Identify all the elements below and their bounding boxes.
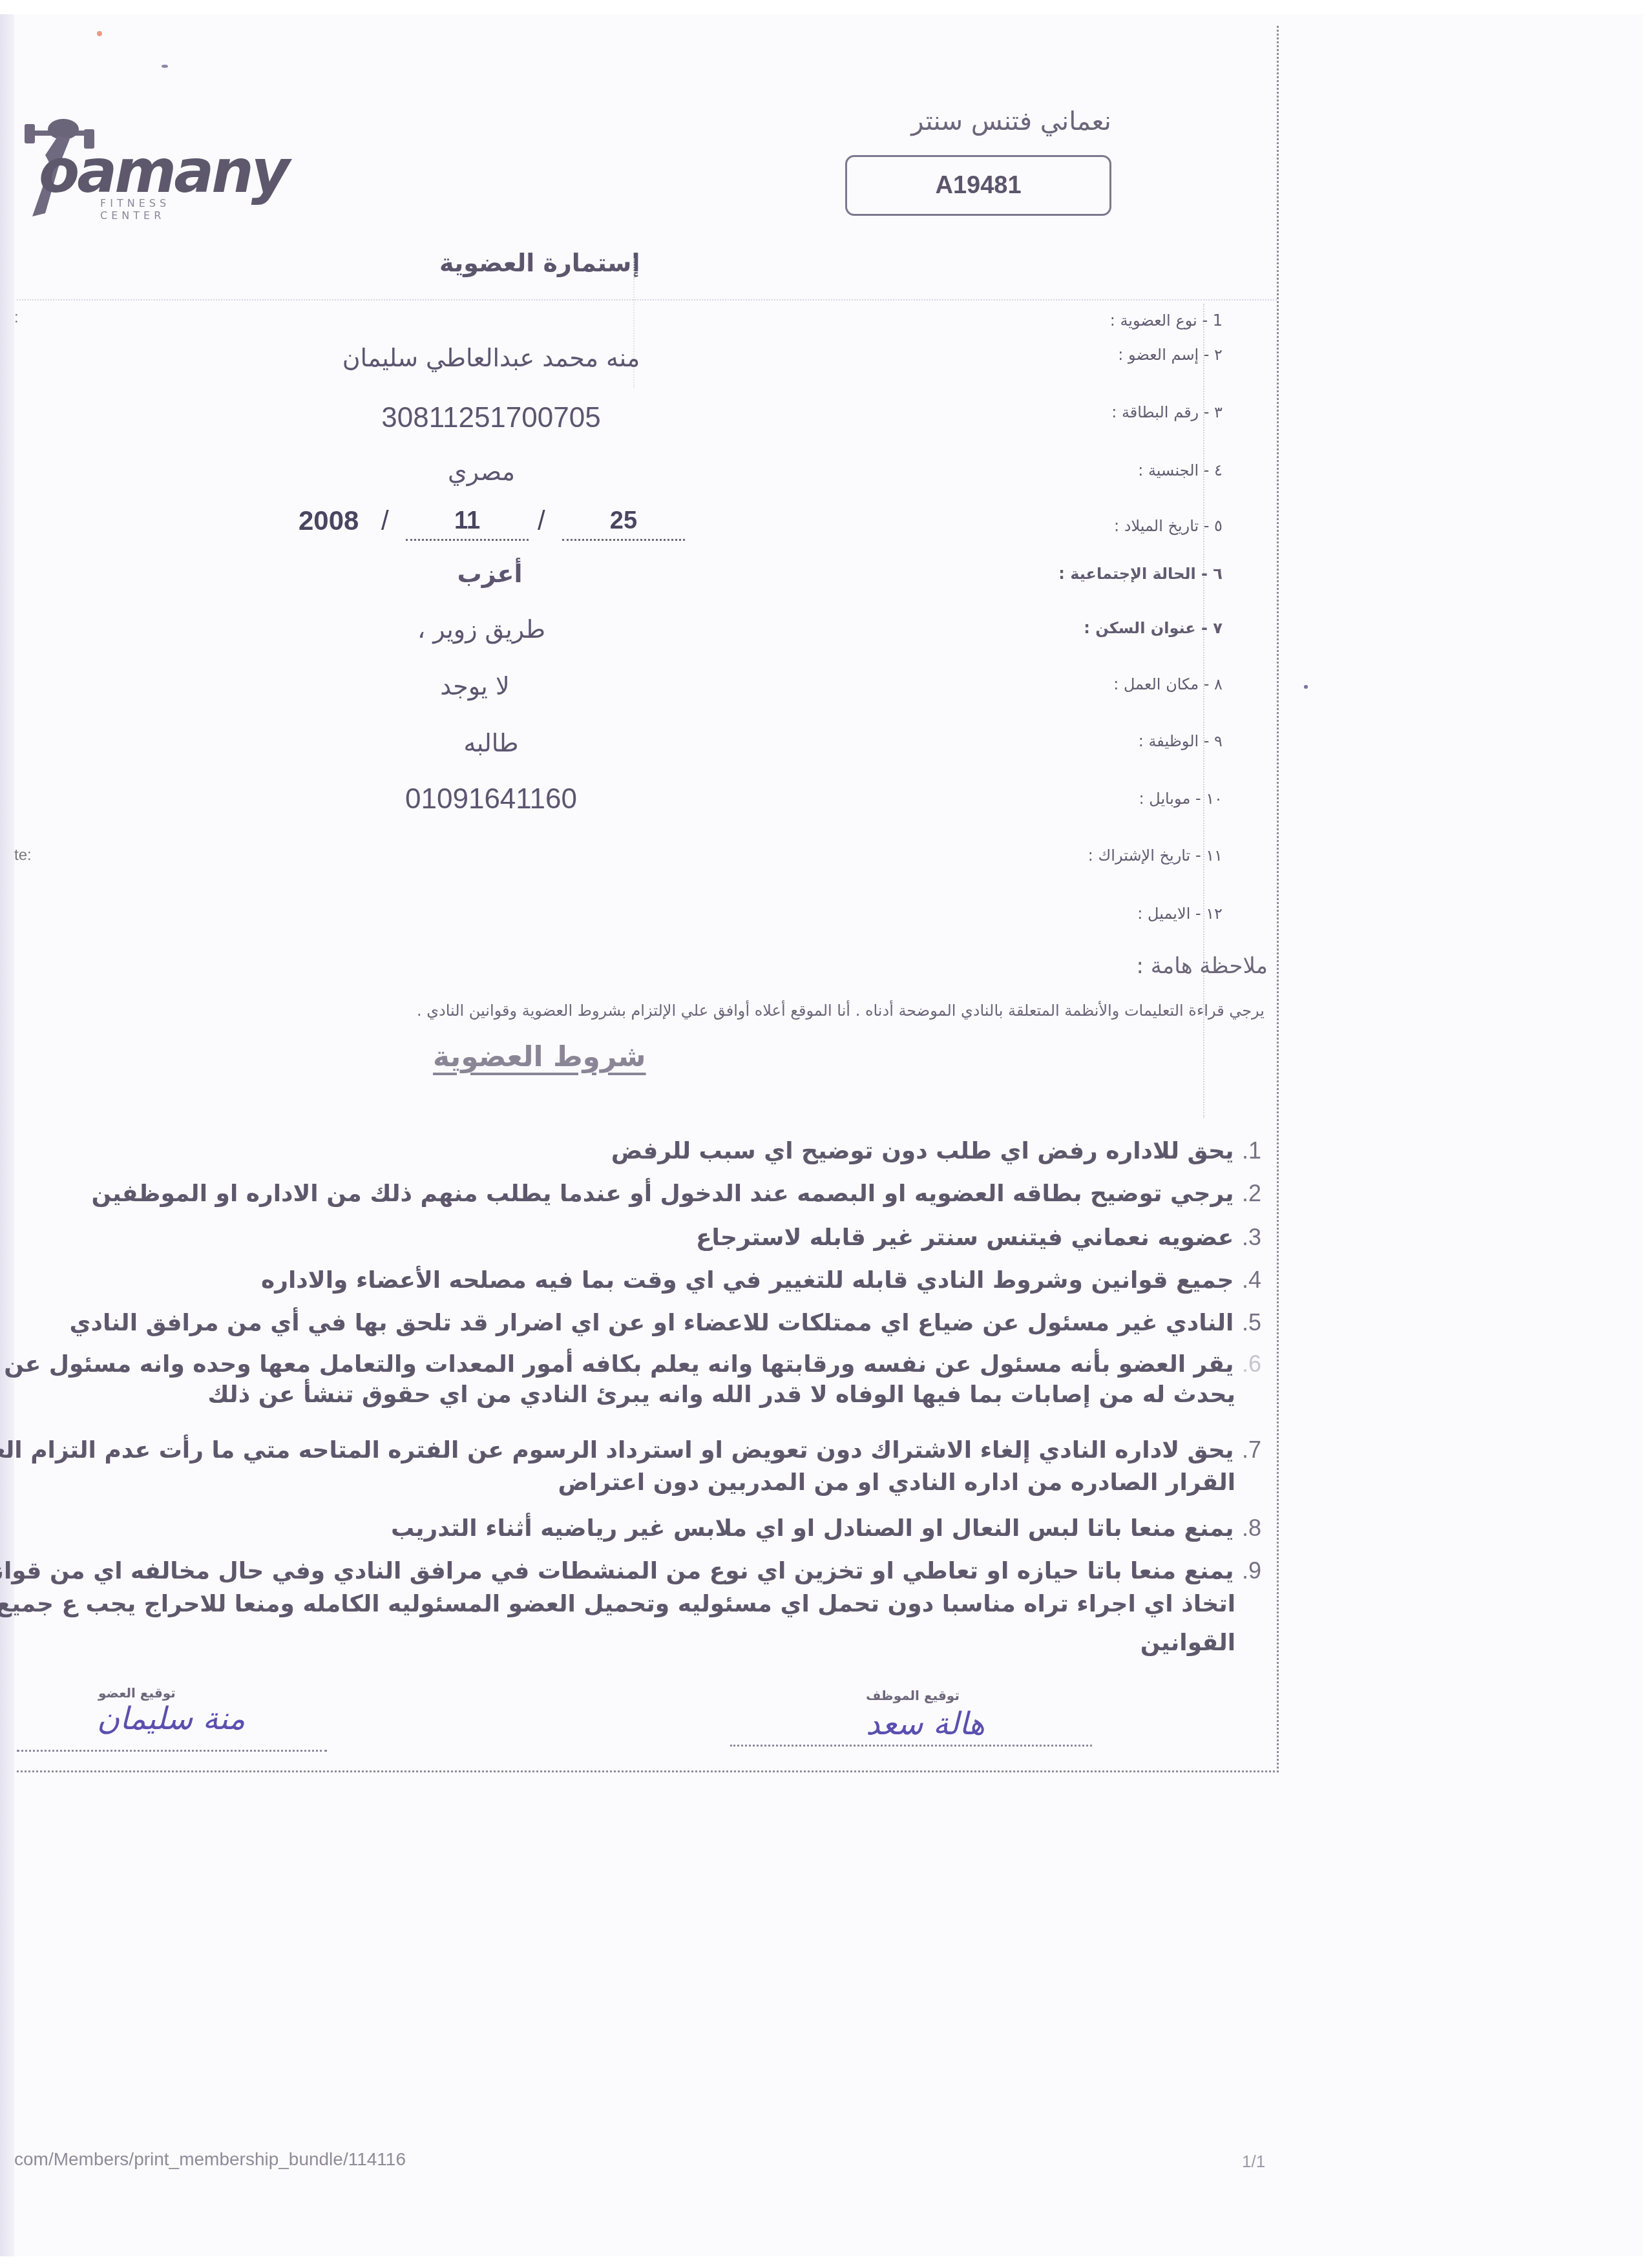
scan-speck: [162, 65, 168, 68]
member-code-box: A19481: [845, 155, 1111, 216]
form-title: إستمارة العضوية: [439, 249, 640, 277]
label-address: ٧ - عنوان السكن :: [1084, 619, 1223, 637]
term-text: يمنع منعا باتا لبس النعال او الصنادل او …: [391, 1515, 1234, 1542]
term-item: 6. يقر العضو بأنه مسئول عن نفسه ورقابتها…: [0, 1345, 1261, 1383]
term-item: 1. يحق للاداره رفض اي طلب دون توضيح اي س…: [611, 1132, 1261, 1170]
term-number: 9.: [1242, 1557, 1261, 1584]
term-item: 9. يمنع منعا باتا حيازه او تعاطي او تخزي…: [0, 1552, 1261, 1590]
member-signature: منة سليمان: [97, 1701, 245, 1737]
print-url: com/Members/print_membership_bundle/1141…: [14, 2149, 406, 2170]
value-id-number: 30811251700705: [381, 402, 600, 434]
value-workplace: لا يوجد: [440, 672, 509, 700]
scan-speck: [97, 31, 102, 36]
label-subscription-date: ١١ - تاريخ الإشتراك :: [1088, 846, 1223, 865]
term-number: 5.: [1242, 1309, 1261, 1336]
value-address: طريق زوير ،: [417, 615, 545, 644]
term-number: 8.: [1242, 1515, 1261, 1541]
term-text: يحق لاداره النادي إلغاء الاشتراك دون تعو…: [0, 1437, 1234, 1464]
value-member-name: منه محمد عبدالعاطي سليمان: [342, 344, 640, 372]
label-column-guide: [1203, 304, 1204, 1118]
label-email: ١٢ - الايميل :: [1137, 905, 1223, 923]
note-title: ملاحظة هامة :: [1137, 953, 1268, 979]
term-text: جميع قوانين وشروط النادي قابله للتغيير ف…: [261, 1267, 1234, 1294]
term-text: يمنع منعا باتا حيازه او تعاطي او تخزين ا…: [0, 1558, 1234, 1584]
club-logo: oamany FITNESS CENTER: [19, 110, 233, 220]
value-job: طالبه: [463, 729, 518, 757]
term-number: 3.: [1242, 1224, 1261, 1250]
term-continuation: يحدث له من إصابات بما فيها الوفاه لا قدر…: [208, 1381, 1235, 1408]
term-number: 4.: [1242, 1266, 1261, 1293]
label-job: ٩ - الوظيفة :: [1139, 732, 1223, 750]
label-nationality: ٤ - الجنسية :: [1138, 461, 1223, 479]
value-nationality: مصري: [448, 457, 515, 486]
date-separator: /: [538, 505, 545, 536]
label-workplace: ٨ - مكان العمل :: [1113, 675, 1223, 693]
term-text: يرجي توضيح بطاقه العضويه او البصمه عند ا…: [92, 1181, 1234, 1207]
term-continuation: اتخاذ اي اجراء تراه مناسبا دون تحمل اي م…: [0, 1591, 1235, 1617]
value-marital-status: أعزب: [457, 560, 523, 588]
cropped-label-fragment: te:: [14, 846, 32, 865]
fitness-center-name: نعماني فتنس سنتر: [911, 107, 1111, 136]
term-continuation: القرار الصادره من اداره النادي او من الم…: [558, 1469, 1235, 1496]
member-signature-line: [17, 1750, 327, 1752]
term-item: 2. يرجي توضيح بطاقه العضويه او البصمه عن…: [92, 1175, 1262, 1213]
logo-wordmark: oamany: [39, 142, 288, 202]
header-divider: [17, 299, 1277, 300]
term-continuation: القوانين: [1140, 1630, 1235, 1656]
term-text: يحق للاداره رفض اي طلب دون توضيح اي سبب …: [611, 1138, 1234, 1164]
employee-signature-label: توقيع الموظف: [866, 1688, 960, 1703]
term-text: يقر العضو بأنه مسئول عن نفسه ورقابتها وا…: [0, 1351, 1234, 1378]
label-member-name: ٢ - إسم العضو :: [1118, 346, 1223, 364]
term-item: 3. عضويه نعماني فيتنس سنتر غير قابله لاس…: [696, 1219, 1261, 1257]
date-separator: /: [381, 505, 389, 536]
label-mobile: ١٠ - موبايل :: [1139, 790, 1223, 808]
term-item: 4. جميع قوانين وشروط النادي قابله للتغيي…: [261, 1261, 1261, 1299]
logo-subtitle: FITNESS CENTER: [100, 197, 233, 222]
term-item: 7. يحق لاداره النادي إلغاء الاشتراك دون …: [0, 1431, 1261, 1469]
note-text: يرجي قراءة التعليمات والأنظمة المتعلقة ب…: [417, 1002, 1265, 1020]
label-membership-type: 1 - نوع العضوية :: [1110, 311, 1223, 330]
birth-year: 2008: [299, 505, 359, 536]
employee-signature-line: [730, 1745, 1092, 1747]
label-birth-date: ٥ - تاريخ الميلاد :: [1114, 517, 1223, 535]
term-number: 2.: [1242, 1180, 1261, 1206]
term-number: 7.: [1242, 1436, 1261, 1463]
label-id-number: ٣ - رقم البطاقة :: [1111, 403, 1223, 421]
term-number: 6.: [1242, 1350, 1261, 1377]
member-code: A19481: [935, 172, 1021, 200]
term-number: 1.: [1242, 1137, 1261, 1164]
terms-title: شروط العضوية: [433, 1040, 646, 1073]
label-marital-status: ٦ - الحالة الإجتماعية :: [1058, 565, 1223, 583]
page-indicator: 1/1: [1242, 2152, 1265, 2172]
value-mobile: 01091641160: [405, 783, 577, 815]
term-text: عضويه نعماني فيتنس سنتر غير قابله لاسترج…: [696, 1224, 1234, 1251]
term-item: 5. النادي غير مسئول عن ضياع اي ممتلكات ل…: [69, 1304, 1261, 1342]
employee-signature: هالة سعد: [866, 1706, 985, 1742]
member-signature-label: توقيع العضو: [98, 1685, 176, 1701]
term-text: النادي غير مسئول عن ضياع اي ممتلكات للاع…: [69, 1310, 1234, 1336]
cropped-label-fragment: :: [14, 309, 19, 327]
birth-month: 11: [406, 507, 529, 541]
birth-day: 25: [562, 507, 685, 541]
term-item: 8. يمنع منعا باتا لبس النعال او الصنادل …: [391, 1509, 1261, 1548]
scan-speck: [1304, 685, 1308, 689]
